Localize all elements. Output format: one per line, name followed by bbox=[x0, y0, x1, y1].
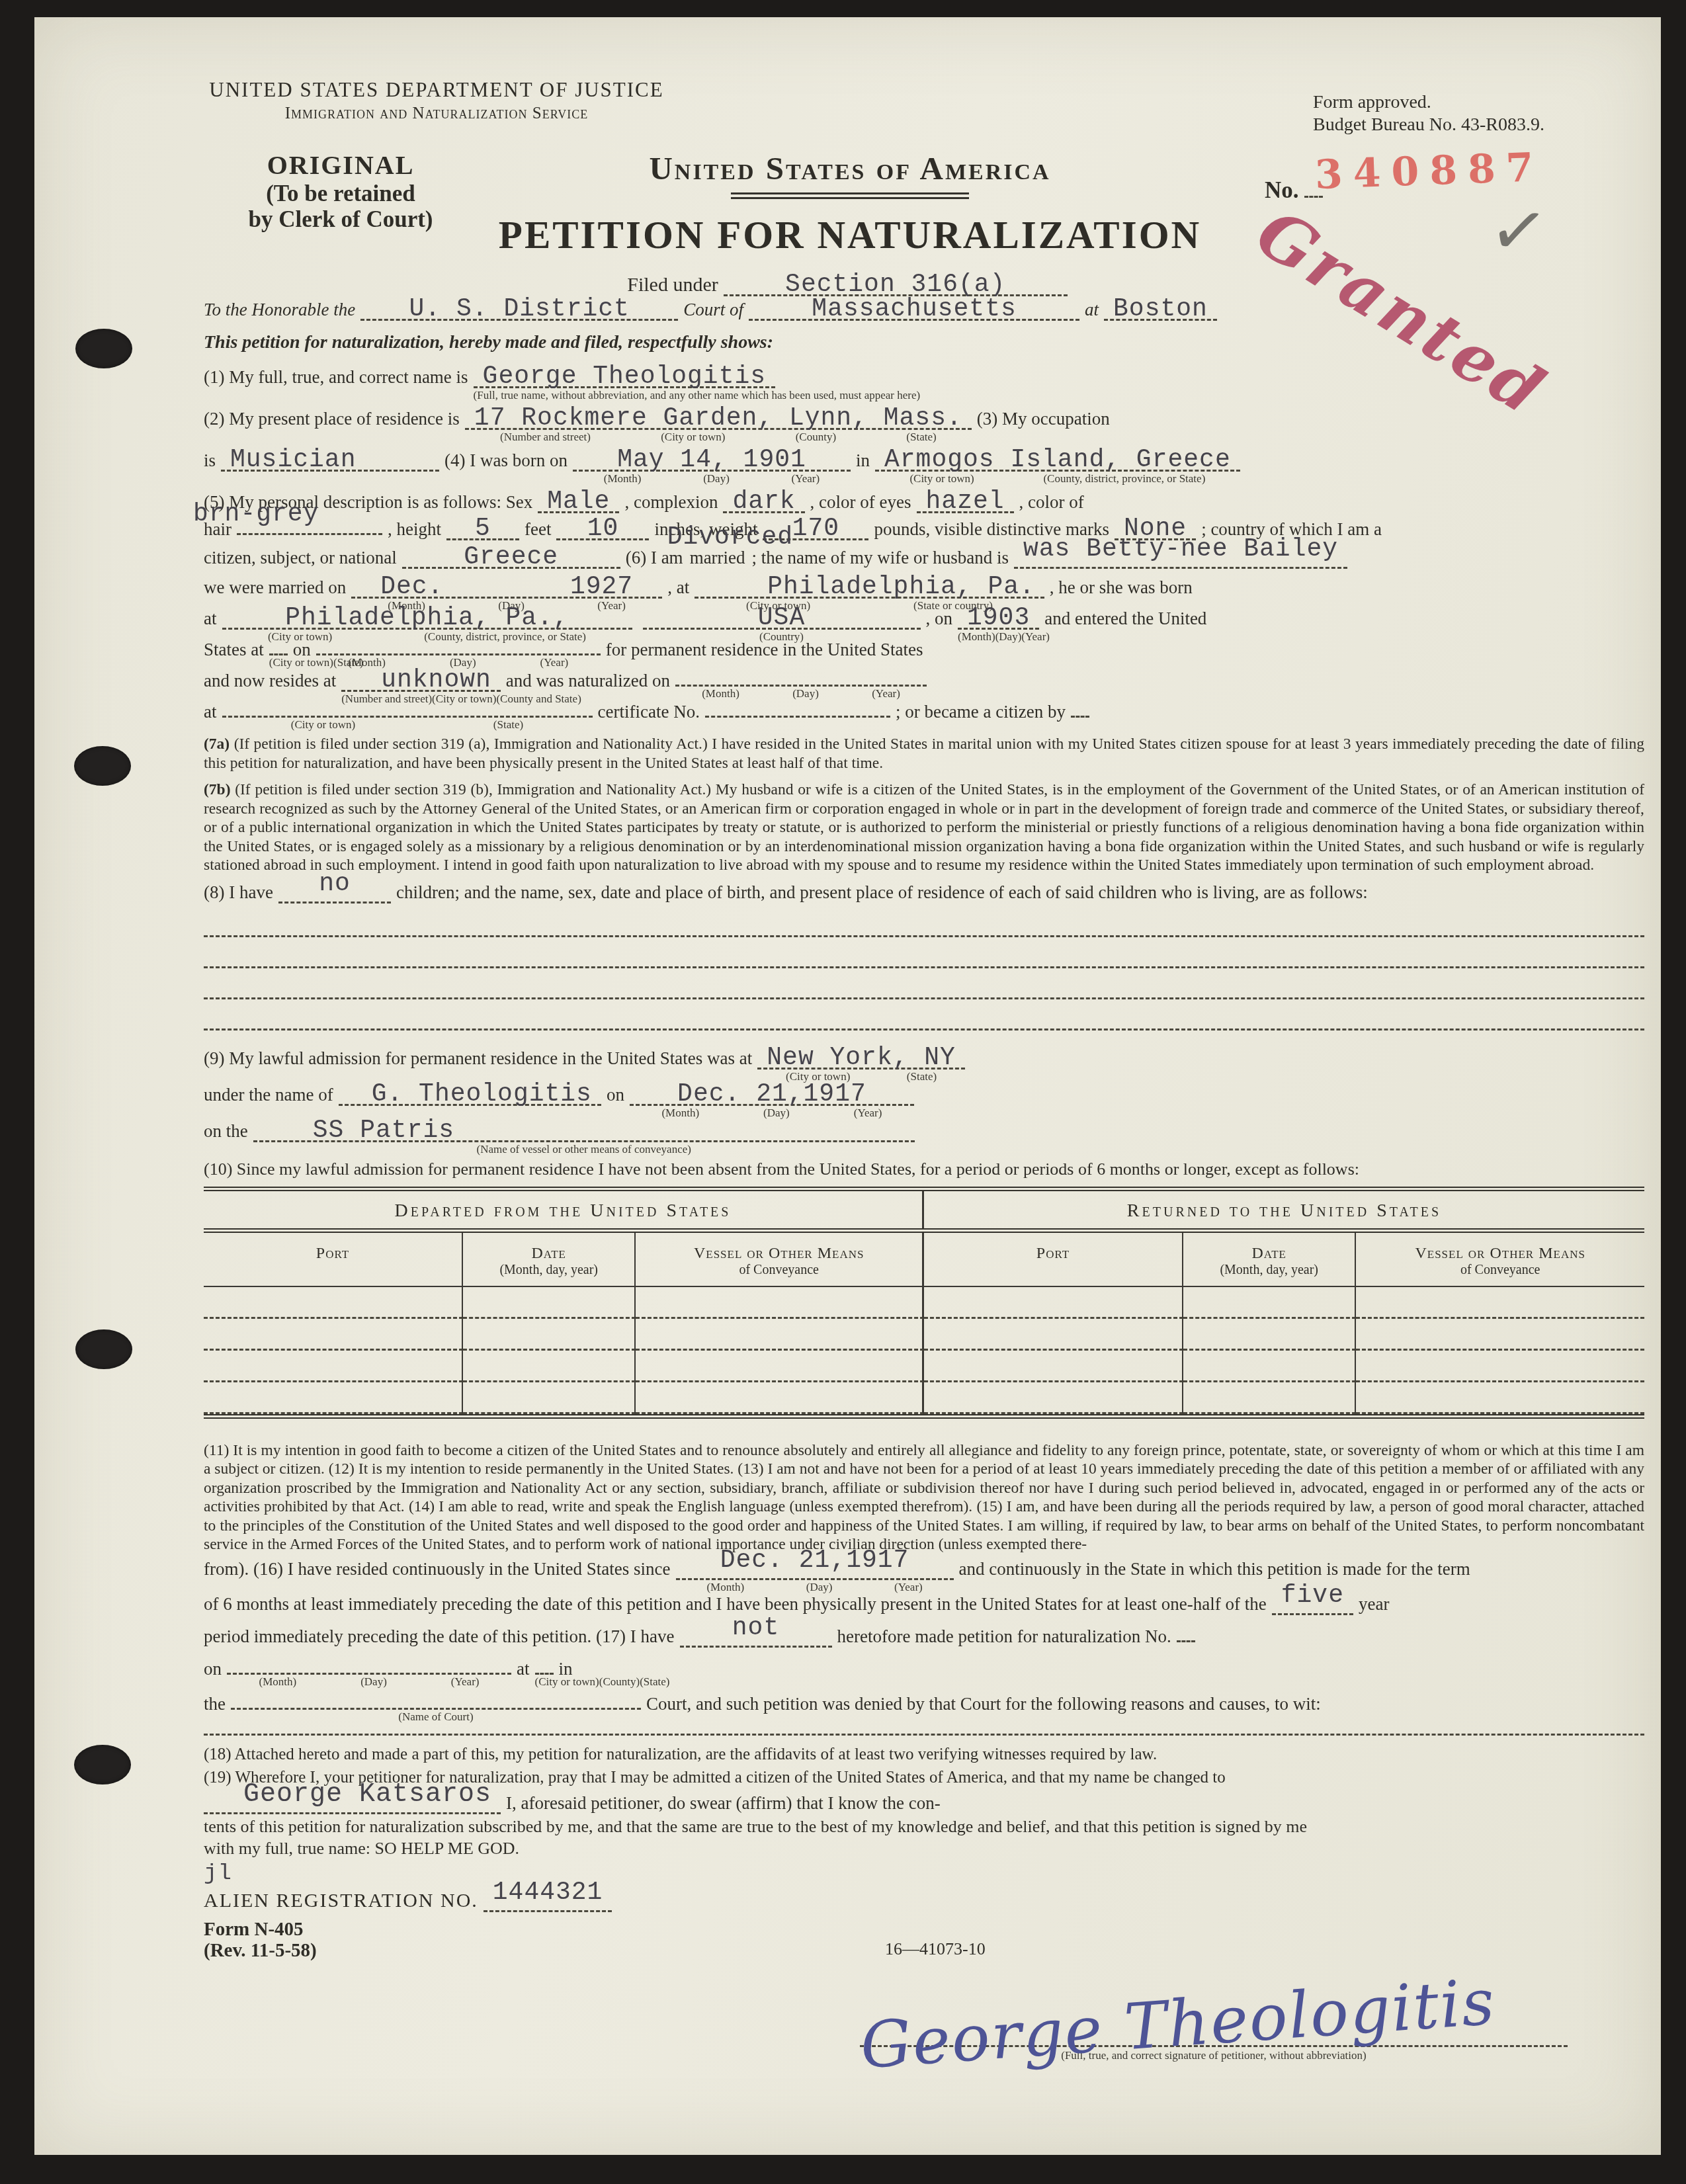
form-body: To the Honorable the U. S. District Cour… bbox=[204, 299, 1644, 1961]
absences-table: Departed from the United States Returned… bbox=[204, 1187, 1644, 1419]
prior-petition-date-line: on (Month) (Day) (Year) at (City or town… bbox=[204, 1658, 1644, 1680]
service-subtitle: Immigration and Naturalization Service bbox=[195, 105, 678, 123]
filed-under-label: Filed under bbox=[627, 274, 718, 296]
oath-line-3: with my full, true name: SO HELP ME GOD. bbox=[204, 1837, 1644, 1859]
birth-place-field: Armogos Island, Greece (City or town) (C… bbox=[875, 451, 1240, 472]
check-mark: ✓ bbox=[1484, 187, 1553, 274]
nationality-field: Greece bbox=[402, 548, 620, 569]
height-inches-field: 10 bbox=[556, 520, 649, 540]
prior-petition-field: not bbox=[680, 1627, 832, 1648]
punch-hole bbox=[75, 329, 132, 368]
signature-block: George Theologitis (Full, true, and corr… bbox=[860, 1984, 1568, 2062]
punch-hole bbox=[75, 1329, 132, 1369]
form-number: Form N-405 bbox=[204, 1919, 1644, 1940]
spouse-name-field: was Betty-nee Bailey bbox=[1014, 548, 1347, 569]
children-blank-line bbox=[204, 906, 1644, 937]
court-line: To the Honorable the U. S. District Cour… bbox=[204, 299, 1644, 321]
item-17-prior-petition: period immediately preceding the date of… bbox=[204, 1626, 1644, 1648]
petition-for-naturalization-scan: UNITED STATES DEPARTMENT OF JUSTICE Immi… bbox=[0, 0, 1686, 2184]
children-blank-line bbox=[204, 937, 1644, 968]
birth-date-field: May 14, 1901 (Month) (Day) (Year) bbox=[573, 451, 851, 472]
punch-hole bbox=[74, 1745, 131, 1785]
court-city-field: Boston bbox=[1104, 300, 1217, 321]
height-feet-field: 5 bbox=[446, 520, 519, 540]
spouse-entry-place-field: (City or town) (State) bbox=[269, 648, 288, 655]
admission-date-field: Dec. 21,1917 (Month) (Day) (Year) bbox=[630, 1085, 914, 1106]
full-name-field: George Theologitis (Full, true name, wit… bbox=[474, 368, 775, 388]
spouse-birth-line: at Philadelphia, Pa., (City or town) (Co… bbox=[204, 608, 1644, 630]
item-10-absences: (10) Since my lawful admission for perma… bbox=[204, 1158, 1644, 1180]
prior-petition-number-field bbox=[1177, 1635, 1195, 1642]
naturalized-place-field: (City or town) (State) bbox=[222, 710, 593, 718]
item-2-residence: (2) My present place of residence is 17 … bbox=[204, 408, 1644, 430]
paragraph-11-15: (11) It is my intention in good faith to… bbox=[204, 1441, 1644, 1554]
spouse-entry-date-field: (Month) (Day) (Year) bbox=[316, 648, 601, 655]
complexion-field: dark bbox=[723, 493, 804, 513]
date-header: Date bbox=[1186, 1245, 1352, 1263]
children-blank-line bbox=[204, 968, 1644, 999]
table-row bbox=[204, 1382, 1644, 1414]
filed-under-value: Section 316(a) bbox=[785, 276, 1005, 294]
port-header: Port bbox=[927, 1245, 1179, 1263]
clerk-initials: jl bbox=[204, 1865, 1644, 1883]
children-blank-line bbox=[204, 999, 1644, 1030]
prior-petition-court-line: the (Name of Court) Court, and such peti… bbox=[204, 1693, 1644, 1715]
spouse-birth-year-field: 1903 (Month) (Day) (Year) bbox=[958, 609, 1039, 630]
admission-place-field: New York, NY (City or town) (State) bbox=[757, 1049, 965, 1070]
admission-name-field: G. Theologitis bbox=[339, 1085, 601, 1106]
department-title: UNITED STATES DEPARTMENT OF JUSTICE bbox=[195, 78, 678, 102]
absences-table-headers: Port Date(Month, day, year) Vessel or Ot… bbox=[204, 1233, 1644, 1287]
punch-hole bbox=[74, 746, 131, 786]
agency-header: UNITED STATES DEPARTMENT OF JUSTICE Immi… bbox=[195, 78, 678, 123]
admission-vessel-line: on the SS Patris (Name of vessel or othe… bbox=[204, 1120, 1644, 1142]
vessel-field: SS Patris (Name of vessel or other means… bbox=[253, 1122, 915, 1142]
naturalized-on-field: (Month) (Day) (Year) bbox=[675, 679, 927, 687]
item-1-name: (1) My full, true, and correct name is G… bbox=[204, 366, 1644, 388]
hair-color-field: brn-grey bbox=[237, 528, 382, 535]
item-16-residence-since: from). (16) I have resided continuously … bbox=[204, 1558, 1644, 1580]
alien-number-field: 1444321 bbox=[484, 1892, 612, 1912]
form-title-block: United States of America PETITION FOR NA… bbox=[410, 149, 1290, 296]
court-name-field: U. S. District bbox=[360, 300, 678, 321]
table-row bbox=[204, 1319, 1644, 1351]
marital-status-typed: Divorced bbox=[667, 528, 793, 547]
item-9-admission: (9) My lawful admission for permanent re… bbox=[204, 1048, 1644, 1070]
item-18-witnesses: (18) Attached hereto and made a part of … bbox=[204, 1743, 1644, 1765]
admission-name-line: under the name of G. Theologitis on Dec.… bbox=[204, 1084, 1644, 1106]
oath-line-2: tents of this petition for naturalizatio… bbox=[204, 1816, 1644, 1837]
new-name-oath-line: George Katsaros I, aforesaid petitioner,… bbox=[204, 1792, 1644, 1814]
residence-since-field: Dec. 21,1917 (Month) (Day) (Year) bbox=[676, 1560, 954, 1580]
title-rule bbox=[731, 192, 969, 199]
sex-field: Male bbox=[538, 493, 619, 513]
departed-title: Departed from the United States bbox=[204, 1191, 924, 1228]
port-header: Port bbox=[206, 1245, 459, 1263]
form-footer: Form N-405 (Rev. 11-5-58) 16—41073-10 bbox=[204, 1919, 1644, 1961]
new-name-field: George Katsaros bbox=[204, 1794, 501, 1814]
paragraph-7a: (7a) (If petition is filed under section… bbox=[204, 735, 1644, 773]
paragraph-7b: (7b) (If petition is filed under section… bbox=[204, 780, 1644, 875]
marital-status-field: married Divorced bbox=[690, 547, 745, 569]
form-approval-note: Form approved. Budget Bureau No. 43-R083… bbox=[1313, 91, 1544, 136]
hair-height-weight-line: hair brn-grey , height 5 feet 10 inches,… bbox=[204, 519, 1644, 540]
prior-petition-place-field: (City or town) (County) (State) bbox=[535, 1667, 554, 1675]
marriage-date-line: we were married on Dec. 1927 (Month) (Da… bbox=[204, 577, 1644, 599]
reasons-blank-line bbox=[204, 1724, 1644, 1736]
spouse-birth-city-field: Philadelphia, Pa., (City or town) (Count… bbox=[222, 609, 632, 630]
prior-court-field: (Name of Court) bbox=[231, 1702, 641, 1710]
date-header: Date bbox=[466, 1245, 632, 1263]
table-row bbox=[204, 1287, 1644, 1319]
item-8-children: (8) I have no children; and the name, se… bbox=[204, 882, 1644, 903]
certificate-number-field bbox=[705, 710, 890, 718]
table-row bbox=[204, 1351, 1644, 1382]
marriage-place-field: Philadelphia, Pa. (City or town) (State … bbox=[695, 578, 1044, 599]
alien-registration-line: ALIEN REGISTRATION NO. 1444321 bbox=[204, 1890, 1039, 1912]
returned-title: Returned to the United States bbox=[924, 1191, 1644, 1228]
eye-color-field: hazel bbox=[917, 493, 1014, 513]
occupation-field: Musician bbox=[221, 451, 439, 472]
item-5-description: (5) My personal description is as follow… bbox=[204, 491, 1644, 513]
hair-color-typed: brn-grey bbox=[193, 505, 319, 524]
item-6-marital-line: citizen, subject, or national Greece (6)… bbox=[204, 547, 1644, 569]
court-state-field: Massachusetts bbox=[749, 300, 1079, 321]
filed-under-field: Section 316(a) bbox=[724, 276, 1068, 296]
absences-table-titles: Departed from the United States Returned… bbox=[204, 1191, 1644, 1233]
spouse-birth-country-field: USA (Country) bbox=[643, 609, 921, 630]
spouse-residence-line: and now resides at unknown (Number and s… bbox=[204, 670, 1644, 692]
spouse-entry-line: States at (City or town) (State) on (Mon… bbox=[204, 639, 1644, 661]
petition-shows-line: This petition for naturalization, hereby… bbox=[204, 331, 1644, 353]
spouse-residence-field: unknown (Number and street) (City or tow… bbox=[341, 671, 501, 692]
years-field: five bbox=[1272, 1595, 1353, 1615]
vessel-header: Vessel or Other Means bbox=[638, 1245, 919, 1263]
children-count-field: no bbox=[278, 883, 391, 903]
prior-petition-date-field: (Month) (Day) (Year) bbox=[227, 1667, 511, 1675]
citizen-by-field bbox=[1071, 710, 1089, 718]
vessel-header: Vessel or Other Means bbox=[1359, 1245, 1642, 1263]
residence-field: 17 Rockmere Garden, Lynn, Mass. (Number … bbox=[465, 409, 972, 430]
page-title: PETITION FOR NATURALIZATION bbox=[410, 212, 1290, 258]
item-3-4-occupation-birth: is Musician (4) I was born on May 14, 19… bbox=[204, 450, 1644, 472]
certificate-line: at (City or town) (State) certificate No… bbox=[204, 701, 1644, 723]
item-16-half-period: of 6 months at least immediately precedi… bbox=[204, 1593, 1644, 1615]
marriage-date-field: Dec. 1927 (Month) (Day) (Year) bbox=[351, 578, 662, 599]
usa-heading: United States of America bbox=[410, 149, 1290, 187]
print-code: 16—41073-10 bbox=[885, 1939, 986, 1960]
